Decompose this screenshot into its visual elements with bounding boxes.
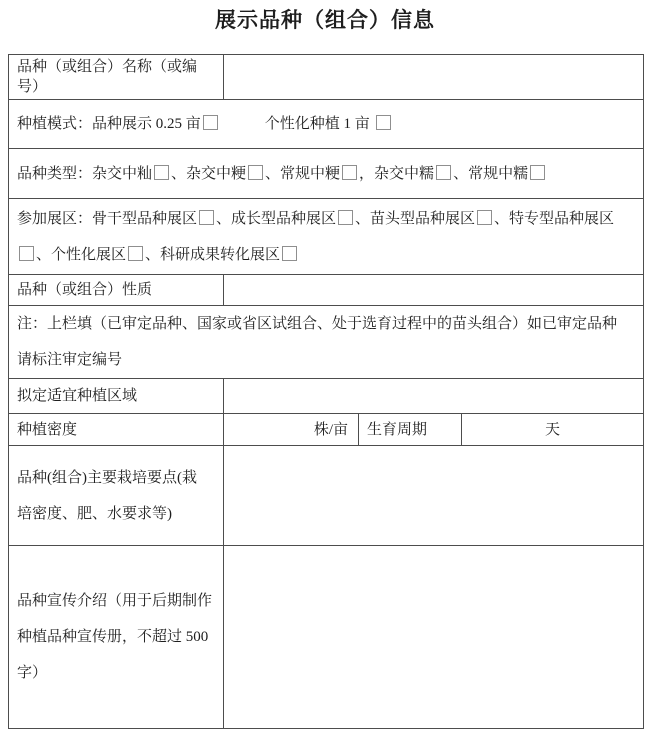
variety-nature-label: 品种（或组合）性质 xyxy=(9,275,224,306)
planting-mode-text: 种植模式：品种展示 0.25 亩 个性化种植 1 亩 xyxy=(9,100,644,149)
growth-period-unit-cell[interactable]: 天 xyxy=(462,414,644,446)
checkbox-icon[interactable] xyxy=(128,246,143,261)
note-text: 注：上栏填（已审定品种、国家或省区试组合、处于选育过程中的苗头组合）如已审定品种… xyxy=(9,306,644,379)
table-row: 参加展区：骨干型品种展区、成长型品种展区、苗头型品种展区、特专型品种展区 、个性… xyxy=(9,199,644,275)
table-row: 注：上栏填（已审定品种、国家或省区试组合、处于选育过程中的苗头组合）如已审定品种… xyxy=(9,306,644,379)
cultivation-points-label: 品种(组合)主要栽培要点(栽 培密度、肥、水要求等) xyxy=(9,446,224,546)
checkbox-icon[interactable] xyxy=(436,165,451,180)
checkbox-icon[interactable] xyxy=(248,165,263,180)
checkbox-icon[interactable] xyxy=(19,246,34,261)
checkbox-icon[interactable] xyxy=(530,165,545,180)
exhibition-zones-text: 参加展区：骨干型品种展区、成长型品种展区、苗头型品种展区、特专型品种展区 、个性… xyxy=(9,199,644,275)
checkbox-icon[interactable] xyxy=(203,115,218,130)
table-row: 种植模式：品种展示 0.25 亩 个性化种植 1 亩 xyxy=(9,100,644,149)
variety-info-table: 品种（或组合）名称（或编号） 种植模式：品种展示 0.25 亩 个性化种植 1 … xyxy=(8,54,644,729)
table-row: 拟定适宜种植区域 xyxy=(9,379,644,414)
planting-region-value-cell[interactable] xyxy=(224,379,644,414)
planting-region-label: 拟定适宜种植区域 xyxy=(9,379,224,414)
variety-name-label: 品种（或组合）名称（或编号） xyxy=(9,55,224,100)
checkbox-icon[interactable] xyxy=(342,165,357,180)
variety-type-text: 品种类型：杂交中籼、杂交中粳、常规中粳，杂交中糯、常规中糯 xyxy=(9,149,644,199)
table-row: 品种（或组合）名称（或编号） xyxy=(9,55,644,100)
planting-density-unit-cell[interactable]: 株/亩 xyxy=(224,414,359,446)
checkbox-icon[interactable] xyxy=(282,246,297,261)
promo-intro-label: 品种宣传介绍（用于后期制作 种植品种宣传册，不超过 500 字） xyxy=(9,546,224,729)
checkbox-icon[interactable] xyxy=(338,210,353,225)
checkbox-icon[interactable] xyxy=(376,115,391,130)
checkbox-icon[interactable] xyxy=(477,210,492,225)
planting-density-label: 种植密度 xyxy=(9,414,224,446)
cultivation-points-value-cell[interactable] xyxy=(224,446,644,546)
growth-period-label: 生育周期 xyxy=(359,414,462,446)
checkbox-icon[interactable] xyxy=(199,210,214,225)
variety-name-value-cell[interactable] xyxy=(224,55,644,100)
table-row: 品种(组合)主要栽培要点(栽 培密度、肥、水要求等) xyxy=(9,446,644,546)
table-row: 品种宣传介绍（用于后期制作 种植品种宣传册，不超过 500 字） xyxy=(9,546,644,729)
table-row: 种植密度 株/亩 生育周期 天 xyxy=(9,414,644,446)
page-title: 展示品种（组合）信息 xyxy=(0,0,650,35)
checkbox-icon[interactable] xyxy=(154,165,169,180)
table-row: 品种类型：杂交中籼、杂交中粳、常规中粳，杂交中糯、常规中糯 xyxy=(9,149,644,199)
document-page: 展示品种（组合）信息 品种（或组合）名称（或编号） 种植模式：品种展示 0.25… xyxy=(0,0,650,748)
variety-nature-value-cell[interactable] xyxy=(224,275,644,306)
table-row: 品种（或组合）性质 xyxy=(9,275,644,306)
promo-intro-value-cell[interactable] xyxy=(224,546,644,729)
